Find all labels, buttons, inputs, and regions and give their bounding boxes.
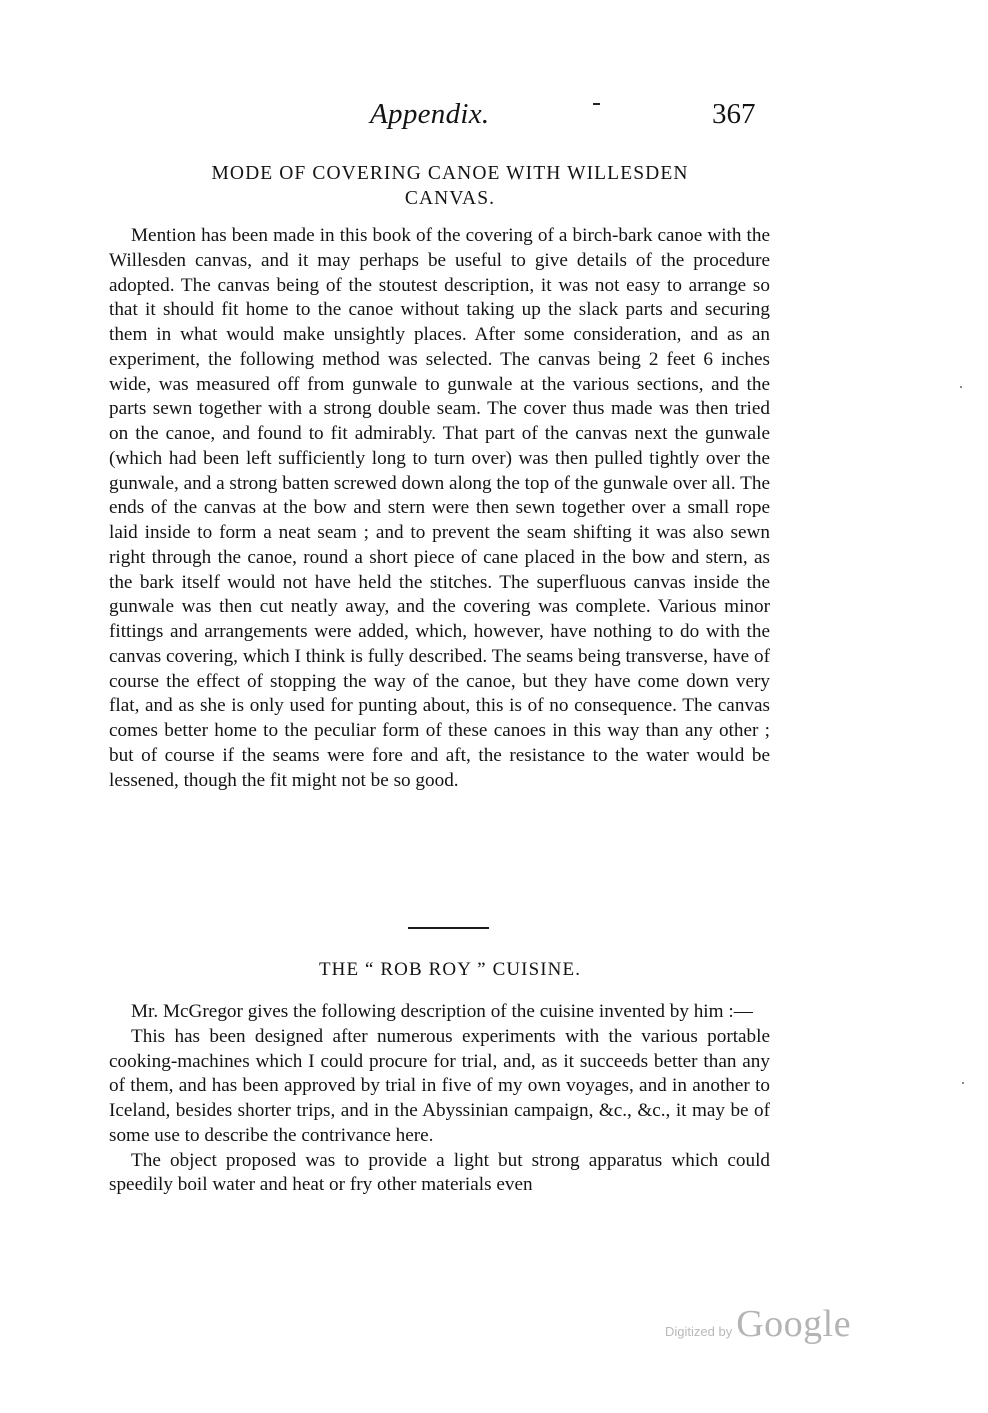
section-body-rob-roy: Mr. McGregor gives the following descrip… (109, 1000, 770, 1198)
running-title: Appendix. (370, 98, 489, 131)
google-logo-text: Google (736, 1303, 851, 1345)
running-head: Appendix. 367 (0, 98, 988, 138)
section-title-line-2: CANVAS. (120, 187, 780, 212)
scan-speck (593, 103, 600, 105)
page-number: 367 (712, 98, 756, 131)
section-body-willesden: Mention has been made in this book of th… (109, 224, 770, 793)
section-title-rob-roy: THE “ ROB ROY ” CUISINE. (120, 958, 780, 983)
paragraph: The object proposed was to provide a lig… (109, 1149, 770, 1199)
paragraph: Mr. McGregor gives the following descrip… (109, 1000, 770, 1025)
book-page: Appendix. 367 MODE OF COVERING CANOE WIT… (0, 0, 988, 1413)
paragraph: Mention has been made in this book of th… (109, 224, 770, 793)
paragraph: This has been designed after numerous ex… (109, 1025, 770, 1149)
section-title-willesden: MODE OF COVERING CANOE WITH WILLESDEN CA… (120, 162, 780, 211)
digitized-by-google-watermark: Digitized by Google (665, 1302, 851, 1346)
scan-speck (960, 386, 962, 388)
watermark-prefix: Digitized by (665, 1324, 732, 1339)
scan-speck (962, 1082, 964, 1084)
section-title-line-1: MODE OF COVERING CANOE WITH WILLESDEN (120, 162, 780, 187)
section-divider (408, 927, 489, 929)
